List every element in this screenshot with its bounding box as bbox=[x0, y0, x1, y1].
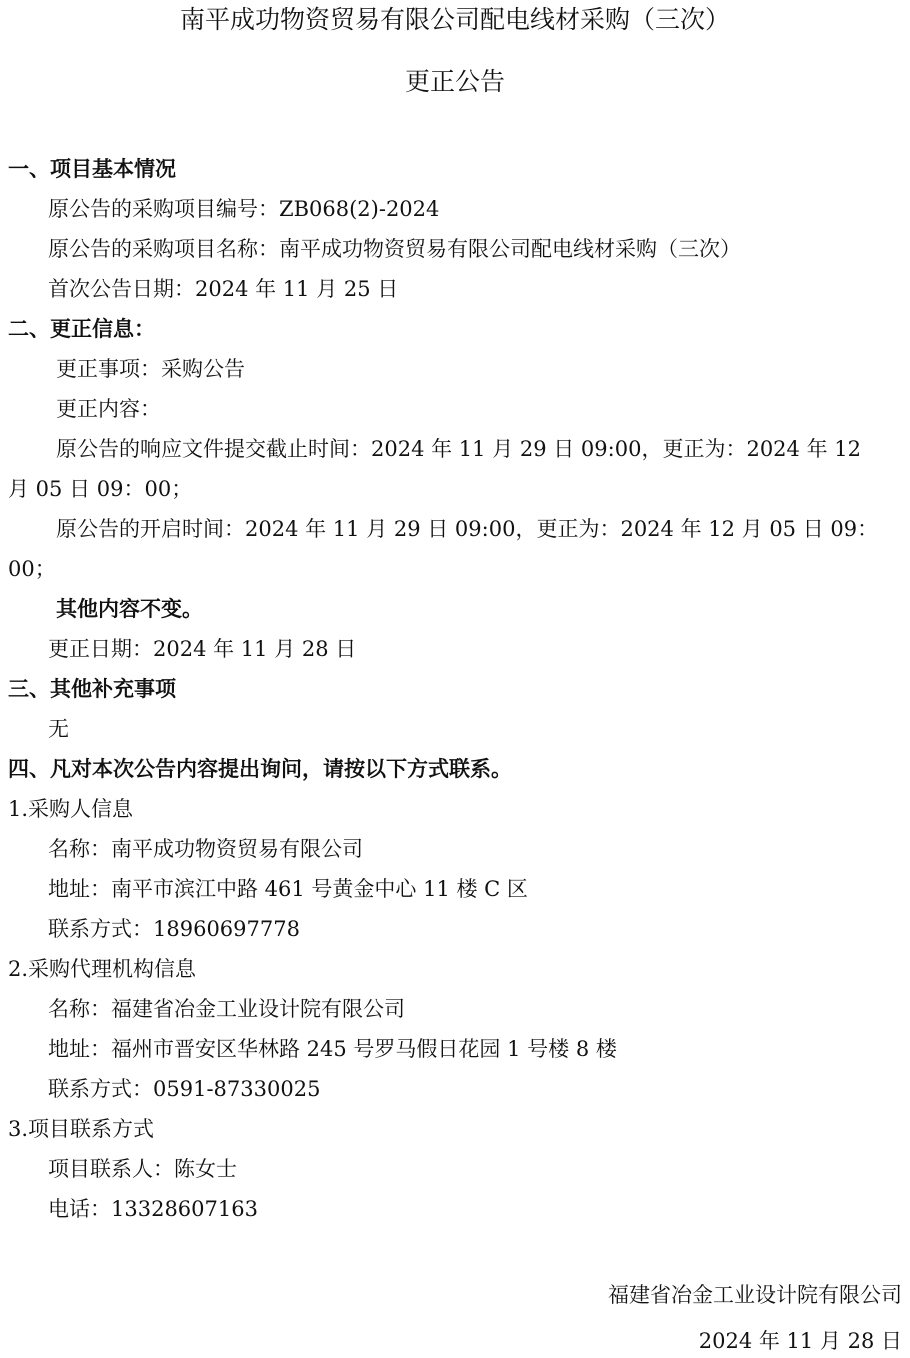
first-announcement-date: 首次公告日期：2024 年 11 月 25 日 bbox=[48, 274, 398, 304]
section2-heading: 二、更正信息： bbox=[8, 314, 155, 344]
correction-item: 更正事项：采购公告 bbox=[56, 354, 245, 384]
purchaser-address: 地址：南平市滨江中路 461 号黄金中心 11 楼 C 区 bbox=[48, 874, 528, 904]
correction-content-label: 更正内容： bbox=[56, 394, 161, 424]
correction-deadline-line2: 月 05 日 09：00； bbox=[8, 474, 192, 504]
purchaser-contact: 联系方式：18960697778 bbox=[48, 914, 300, 944]
project-name: 原公告的采购项目名称：南平成功物资贸易有限公司配电线材采购（三次） bbox=[48, 234, 741, 264]
agency-contact: 联系方式：0591-87330025 bbox=[48, 1074, 320, 1104]
section4-heading: 四、凡对本次公告内容提出询问，请按以下方式联系。 bbox=[8, 754, 512, 784]
project-contact-heading: 3.项目联系方式 bbox=[8, 1114, 154, 1144]
footer-date: 2024 年 11 月 28 日 bbox=[699, 1326, 902, 1356]
agency-name: 名称：福建省冶金工业设计院有限公司 bbox=[48, 994, 405, 1024]
correction-deadline-line1: 原公告的响应文件提交截止时间：2024 年 11 月 29 日 09:00，更正… bbox=[56, 434, 861, 464]
unchanged-notice: 其他内容不变。 bbox=[56, 594, 203, 624]
section3-heading: 三、其他补充事项 bbox=[8, 674, 176, 704]
project-number: 原公告的采购项目编号：ZB068(2)-2024 bbox=[48, 194, 439, 224]
document-title: 南平成功物资贸易有限公司配电线材采购（三次） bbox=[0, 2, 910, 38]
project-contact-person: 项目联系人：陈女士 bbox=[48, 1154, 237, 1184]
footer-issuer: 福建省冶金工业设计院有限公司 bbox=[608, 1280, 902, 1310]
section3-content: 无 bbox=[48, 714, 69, 744]
agency-heading: 2.采购代理机构信息 bbox=[8, 954, 196, 984]
correction-date: 更正日期：2024 年 11 月 28 日 bbox=[48, 634, 356, 664]
correction-opening-line2: 00； bbox=[8, 554, 56, 584]
agency-address: 地址：福州市晋安区华林路 245 号罗马假日花园 1 号楼 8 楼 bbox=[48, 1034, 617, 1064]
project-contact-phone: 电话：13328607163 bbox=[48, 1194, 258, 1224]
section1-heading: 一、项目基本情况 bbox=[8, 154, 176, 184]
document-subtitle: 更正公告 bbox=[0, 64, 910, 100]
purchaser-name: 名称：南平成功物资贸易有限公司 bbox=[48, 834, 363, 864]
purchaser-heading: 1.采购人信息 bbox=[8, 794, 133, 824]
correction-opening-line1: 原公告的开启时间：2024 年 11 月 29 日 09:00，更正为：2024… bbox=[56, 514, 878, 544]
